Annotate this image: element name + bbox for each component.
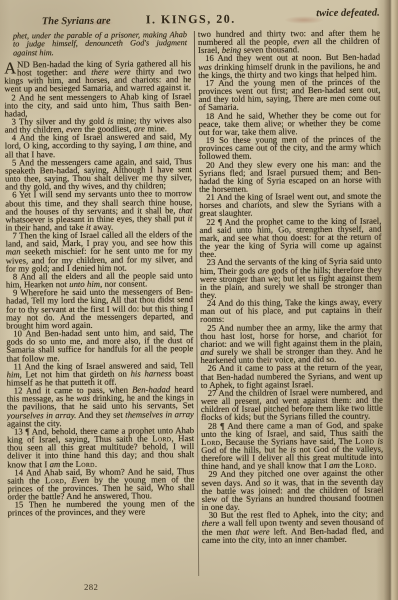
verse-paragraph: 18 And he said, Whether they be come out… [199,110,381,136]
verse-paragraph: 6 Yet I will send my servants unto thee … [5,189,192,231]
verse-paragraph: 5 And the messengers came again, and sai… [5,157,192,191]
page-number: 282 [80,582,102,592]
verse-paragraph: 24 And do this thing, Take the kings awa… [200,298,382,324]
verse-paragraph: 11 And the king of Israel answered and s… [6,361,193,387]
verse-paragraph: 7 Then the king of Israel called all the… [5,230,192,272]
verse-paragraph: 2 And he sent messengers to Ahab king of… [4,92,191,118]
verse-paragraph: 30 But the rest fled to Aphek, into the … [202,510,384,544]
verse-paragraph: 25 And number thee an army, like the arm… [200,322,382,364]
verse-paragraph: AND Ben-hadad the king of Syria gathered… [4,59,191,93]
verse-paragraph: 14 And Ahab said, By whom? And he said, … [7,467,194,501]
verse-paragraph: 9 Wherefore he said unto the messengers … [6,287,193,329]
verse-paragraph: 22 ¶ And the prophet came to the king of… [199,216,381,258]
verse-paragraph: 12 And it came to pass, when Ben-hadad h… [7,385,194,427]
verse-paragraph: 17 And the young men of the princes of t… [198,78,380,112]
verse-paragraph: 27 And the children of Israel were numbe… [201,387,383,421]
verse-paragraph: 16 And they went out at noon. But Ben-ha… [198,53,380,79]
left-column: phet, under the parable of a prisoner, m… [4,30,195,577]
page-content: I. KINGS, 20. The Syrians are twice defe… [0,0,398,600]
text-body: phet, under the parable of a prisoner, m… [4,29,384,578]
running-head-left: The Syrians are [42,16,111,28]
verse-paragraph: 21 And the king of Israel went out, and … [199,192,381,218]
running-head: I. KINGS, 20. The Syrians are twice defe… [0,9,384,28]
drop-cap: A [4,60,17,76]
verse-paragraph: 28 ¶ And there came a man of God, and sp… [201,420,383,470]
verse-paragraph: 15 Then he numbered the young men of the… [8,499,195,517]
verse-paragraph: 13 ¶ And, behold, there came a prophet u… [7,426,194,468]
chapter-argument: phet, under the parable of a prisoner, m… [13,31,187,57]
verse-paragraph: 10 And Ben-hadad sent unto him, and said… [6,328,193,362]
verse-paragraph: 4 And the king of Israel answered and sa… [5,132,192,158]
verse-paragraph: two hundred and thirty two: and after th… [198,29,380,55]
running-head-right: twice defeated. [316,8,380,19]
verse-paragraph: 23 And the servants of the king of Syria… [200,257,382,299]
verse-paragraph: 20 And they slew every one his man: and … [199,159,381,193]
verse-paragraph: 19 So these young men of the princes of … [199,135,381,161]
bible-page: I. KINGS, 20. The Syrians are twice defe… [0,0,398,600]
verse-paragraph: 29 And they pitched one over against the… [201,469,383,511]
right-column: two hundred and thirty two: and after th… [198,29,384,576]
verse-paragraph: 26 And it came to pass at the return of … [201,363,383,389]
